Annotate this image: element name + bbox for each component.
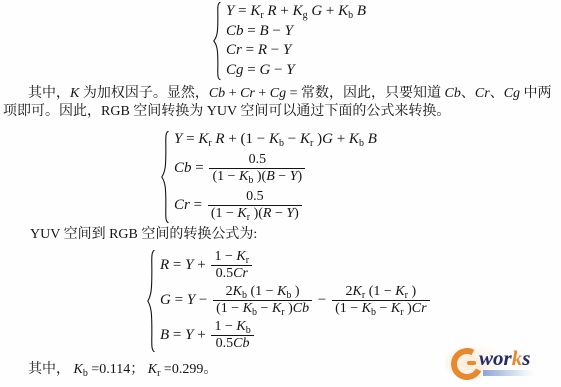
left-brace-icon: [146, 250, 155, 352]
eworks-hyphen-icon: [467, 361, 476, 365]
equation-row: Y = Kr R + Kg G + Kb B: [226, 2, 366, 22]
equation-row: Cr = R − Y: [226, 41, 366, 61]
constants-line: 其中， Kb =0.114； Kr =0.299。: [28, 360, 217, 380]
equation-row: Y = Kr R + (1 − Kb − Kr )G + Kb B: [174, 129, 377, 150]
document-page: Y = Kr R + Kg G + Kb BCb = B − YCr = R −…: [0, 0, 561, 387]
equation-row: B = Y + 1 − Kb0.5Cb: [160, 318, 432, 353]
paragraph-line: 其中，K 为加权因子。显然，Cb + Cr + Cg = 常数，因此，只要知道 …: [28, 85, 552, 103]
equation-row: Cb = B − Y: [226, 22, 366, 42]
equation-row: G = Y − 2Kb (1 − Kb )(1 − Kb − Kr )Cb − …: [160, 283, 432, 318]
logo-text-s: s: [522, 346, 530, 370]
formula-block-yuv-to-rgb: R = Y + 1 − Kr0.5CrG = Y − 2Kb (1 − Kb )…: [146, 248, 432, 353]
formula-block-rgb-to-yuv: Y = Kr R + (1 − Kb − Kr )G + Kb BCb = 0.…: [160, 129, 377, 224]
logo-text-k: k: [512, 346, 523, 370]
equation-row: Cg = G − Y: [226, 61, 366, 81]
left-brace-icon: [212, 2, 221, 80]
left-brace-icon: [160, 131, 169, 223]
equation-row: Cr = 0.5(1 − Kr )(R − Y): [174, 187, 377, 224]
equation-row: Cb = 0.5(1 − Kb )(B − Y): [174, 150, 377, 187]
paragraph-line: 项即可。因此，RGB 空间转换为 YUV 空间可以通过下面的公式来转换。: [3, 103, 450, 121]
heading-yuv-to-rgb: YUV 空间到 RGB 空间的转换公式为:: [30, 226, 257, 244]
equation-list: Y = Kr R + (1 − Kb − Kr )G + Kb BCb = 0.…: [174, 129, 377, 224]
equation-list: R = Y + 1 − Kr0.5CrG = Y − 2Kb (1 − Kb )…: [160, 248, 432, 353]
eworks-logo: works: [449, 342, 559, 384]
formula-block-yuv-definition: Y = Kr R + Kg G + Kb BCb = B − YCr = R −…: [212, 2, 366, 80]
logo-wordmark: works: [479, 346, 530, 371]
equation-row: R = Y + 1 − Kr0.5Cr: [160, 248, 432, 283]
logo-text-wor: wor: [479, 346, 512, 370]
equation-list: Y = Kr R + Kg G + Kb BCb = B − YCr = R −…: [226, 2, 366, 80]
